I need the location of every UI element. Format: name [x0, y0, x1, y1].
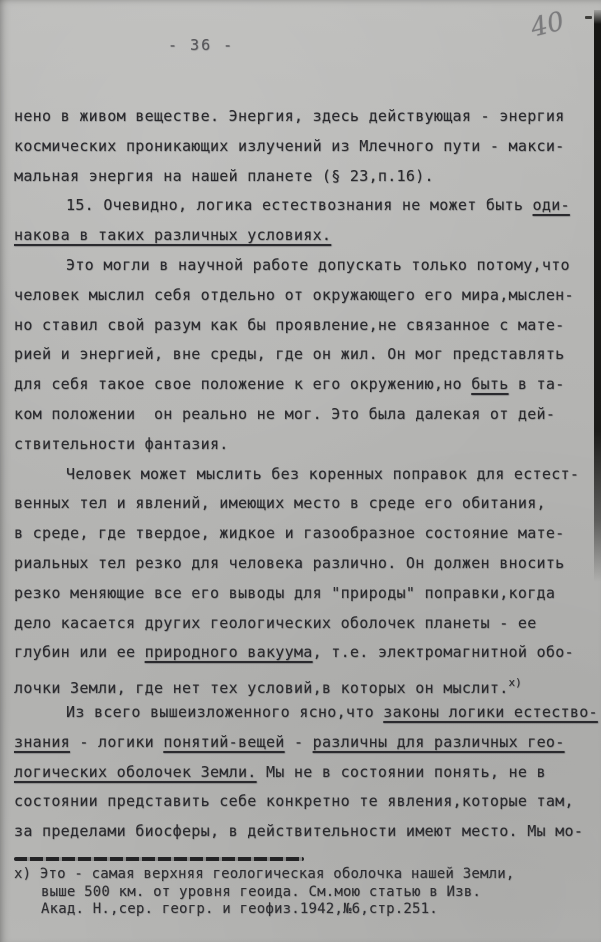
scan-edge-artifact [594, 10, 601, 582]
text-segment: состоянии представить себе конкретно те … [14, 792, 574, 810]
text-line: Человек может мыслить без коренных попра… [14, 460, 595, 490]
text-segment-underlined: оди- [533, 196, 570, 214]
text-segment-underlined: быть [471, 375, 508, 393]
text-line: 15. Очевидно, логика естествознания не м… [14, 191, 595, 221]
text-line: Это могли в научной работе допускать тол… [14, 251, 595, 281]
text-segment-underlined: различны для различных гео- [313, 733, 565, 751]
text-line: резко меняющие все его выводы для "приро… [14, 579, 595, 609]
text-line: космических проникающих излучений из Мле… [14, 132, 595, 162]
text-segment: дело касается других геологических оболо… [14, 614, 537, 632]
text-line: знания - логики понятий-вещей - различны… [14, 728, 595, 758]
text-line: мальная энергия на нашей планете (§ 23,п… [14, 162, 595, 192]
text-segment: для себя такое свое положение к его окру… [14, 375, 471, 393]
page-number: - 36 - [168, 36, 234, 54]
text-segment-underlined: накова в таких различных условиях. [14, 226, 331, 244]
footnote-line: х) Это - самая верхняя геологическая обо… [14, 866, 595, 884]
footnote-marker: х) [509, 676, 522, 689]
text-line: венных тел и явлений, имеющих место в ср… [14, 489, 595, 519]
text-segment: мальная энергия на нашей планете (§ 23,п… [14, 167, 434, 185]
text-segment: космических проникающих излучений из Мле… [14, 137, 565, 155]
footnote-separator [14, 857, 304, 861]
text-segment: рией и энергией, вне среды, где он жил. … [14, 345, 565, 363]
footnote-line: Акад. Н.,сер. геогр. и геофиз.1942,№6,ст… [14, 901, 595, 919]
text-line: накова в таких различных условиях. [14, 221, 595, 251]
text-line: риальных тел резко для человека различно… [14, 549, 595, 579]
text-line: рией и энергией, вне среды, где он жил. … [14, 340, 595, 370]
text-segment-underlined: природного вакуума [145, 643, 313, 661]
text-line: ком положении он реально не мог. Это был… [14, 400, 595, 430]
text-segment-underlined: понятий-вещей [163, 733, 284, 751]
text-line: ствительности фантазия. [14, 430, 595, 460]
text-line: но ставил свой разум как бы проявление,н… [14, 311, 595, 341]
text-segment: Мы не в состоянии понять, не в [257, 763, 546, 781]
text-segment: лочки Земли, где нет тех условий,в котор… [14, 679, 509, 697]
text-segment: в среде, где твердое, жидкое и газообраз… [14, 524, 565, 542]
text-segment: человек мыслил себя отдельно от окружающ… [14, 286, 574, 304]
text-segment: но ставил свой разум как бы проявление,н… [14, 316, 565, 334]
text-segment: нено в живом веществе. Энергия, здесь де… [14, 107, 565, 125]
text-line: логических оболочек Земли. Мы не в состо… [14, 758, 595, 788]
text-segment: Это могли в научной работе допускать тол… [66, 256, 570, 274]
text-line: человек мыслил себя отдельно от окружающ… [14, 281, 595, 311]
text-segment: ствительности фантазия. [14, 435, 229, 453]
text-segment: в та- [509, 375, 565, 393]
text-segment: , т.е. электромагнитной обо- [313, 643, 574, 661]
footnote-text: выше 500 км. от уровня геоида. См.мою ст… [41, 884, 481, 900]
handwritten-page-number: 40 [528, 6, 567, 43]
text-segment: Человек может мыслить без коренных попра… [66, 465, 579, 483]
text-line: за пределами биосферы, в действительност… [14, 817, 595, 847]
footnote: х) Это - самая верхняя геологическая обо… [14, 866, 595, 919]
text-line: дело касается других геологических оболо… [14, 609, 595, 639]
text-segment-underlined: логических оболочек Земли. [14, 763, 257, 781]
text-segment: риальных тел резко для человека различно… [14, 554, 565, 572]
text-segment: глубин или ее [14, 643, 145, 661]
text-segment: Из всего вышеизложенного ясно,что [66, 703, 383, 721]
scan-mark [585, 16, 592, 19]
text-line: лочки Земли, где нет тех условий,в котор… [14, 668, 595, 698]
text-segment: за пределами биосферы, в действительност… [14, 822, 583, 840]
text-line: в среде, где твердое, жидкое и газообраз… [14, 519, 595, 549]
text-segment: - логики [70, 733, 163, 751]
scanned-page: - 36 - 40 нено в живом веществе. Энергия… [0, 0, 601, 942]
text-segment: резко меняющие все его выводы для "приро… [14, 584, 555, 602]
text-line: Из всего вышеизложенного ясно,что законы… [14, 698, 595, 728]
text-segment: венных тел и явлений, имеющих место в ср… [14, 494, 546, 512]
text-line: состоянии представить себе конкретно те … [14, 787, 595, 817]
text-segment: 15. Очевидно, логика естествознания не м… [66, 196, 533, 214]
text-segment: - [285, 733, 313, 751]
text-segment-underlined: знания [14, 733, 70, 751]
text-line: для себя такое свое положение к его окру… [14, 370, 595, 400]
footnote-text: х) Это - самая верхняя геологическая обо… [14, 866, 514, 882]
footnote-line: выше 500 км. от уровня геоида. См.мою ст… [14, 884, 595, 902]
text-segment: ком положении он реально не мог. Это был… [14, 405, 555, 423]
text-line: нено в живом веществе. Энергия, здесь де… [14, 102, 595, 132]
footnote-text: Акад. Н.,сер. геогр. и геофиз.1942,№6,ст… [41, 901, 438, 917]
text-segment-underlined: законы логики естество- [383, 703, 598, 721]
document-body: нено в живом веществе. Энергия, здесь де… [14, 102, 595, 847]
text-line: глубин или ее природного вакуума, т.е. э… [14, 638, 595, 668]
